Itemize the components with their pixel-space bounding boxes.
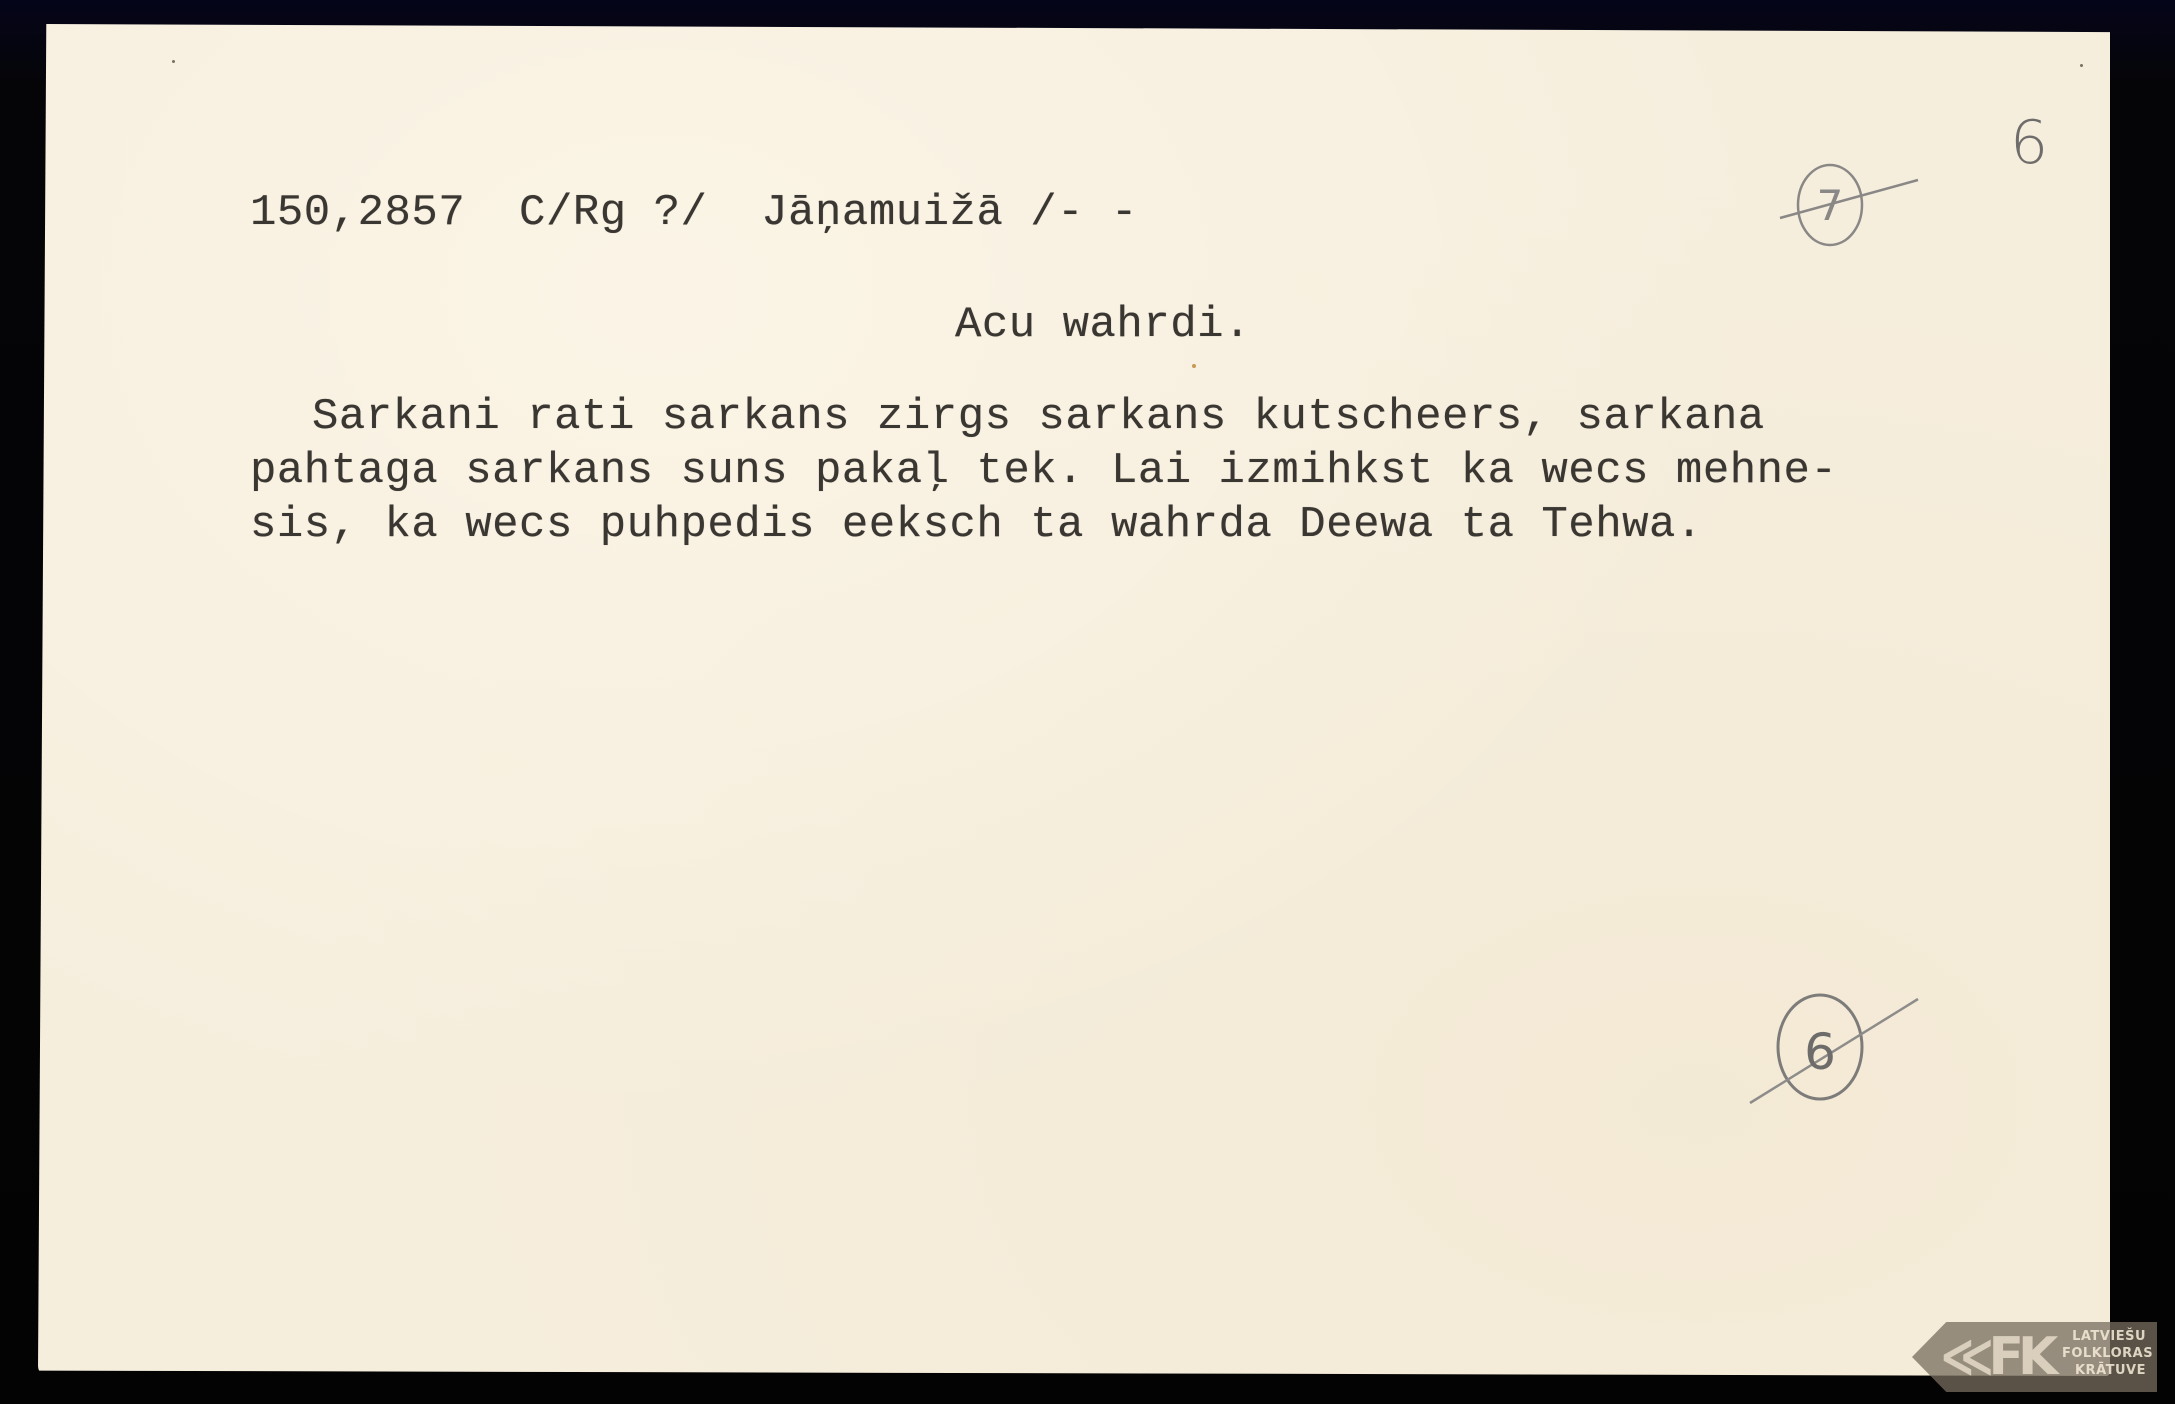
card-title: Acu wahrdi.	[955, 300, 1251, 350]
location: Jāņamuižā /- -	[761, 188, 1138, 238]
ink-speck	[172, 60, 175, 63]
collector-code: C/Rg ?/	[519, 188, 707, 238]
logo-line-2: FOLKLORAS	[2062, 1345, 2146, 1362]
circle-strike-icon: 6	[1740, 985, 1920, 1115]
archive-watermark-logo: ≪FK LATVIEŠU FOLKLORAS KRĀTUVE	[1912, 1322, 2157, 1392]
ink-speck	[1192, 364, 1196, 368]
card-header: 150,2857 C/Rg ?/ Jāņamuižā /- -	[250, 188, 1138, 238]
body-line-3: sis, ka wecs puhpedis eeksch ta wahrda D…	[250, 500, 1703, 550]
circle-strike-icon: 7	[1770, 150, 1920, 260]
ink-speck	[2080, 64, 2083, 67]
reference-number: 150,2857	[250, 188, 465, 238]
circled-crossed-number-bottom: 6	[1740, 985, 1920, 1115]
logo-text: LATVIEŠU FOLKLORAS KRĀTUVE	[2062, 1328, 2146, 1379]
logo-line-1: LATVIEŠU	[2062, 1328, 2146, 1345]
logo-line-3: KRĀTUVE	[2062, 1362, 2146, 1379]
body-line-2: pahtaga sarkans suns pakaļ tek. Lai izmi…	[250, 446, 1837, 496]
pencil-page-number: 6	[2010, 108, 2048, 178]
svg-text:6: 6	[1804, 1023, 1836, 1081]
lfk-logo-icon: ≪FK	[1940, 1328, 2052, 1386]
body-line-1: Sarkani rati sarkans zirgs sarkans kutsc…	[312, 392, 1765, 442]
scan-background: 150,2857 C/Rg ?/ Jāņamuižā /- - Acu wahr…	[0, 0, 2175, 1404]
circled-crossed-number-top: 7	[1770, 150, 1920, 260]
svg-text:7: 7	[1817, 181, 1844, 230]
